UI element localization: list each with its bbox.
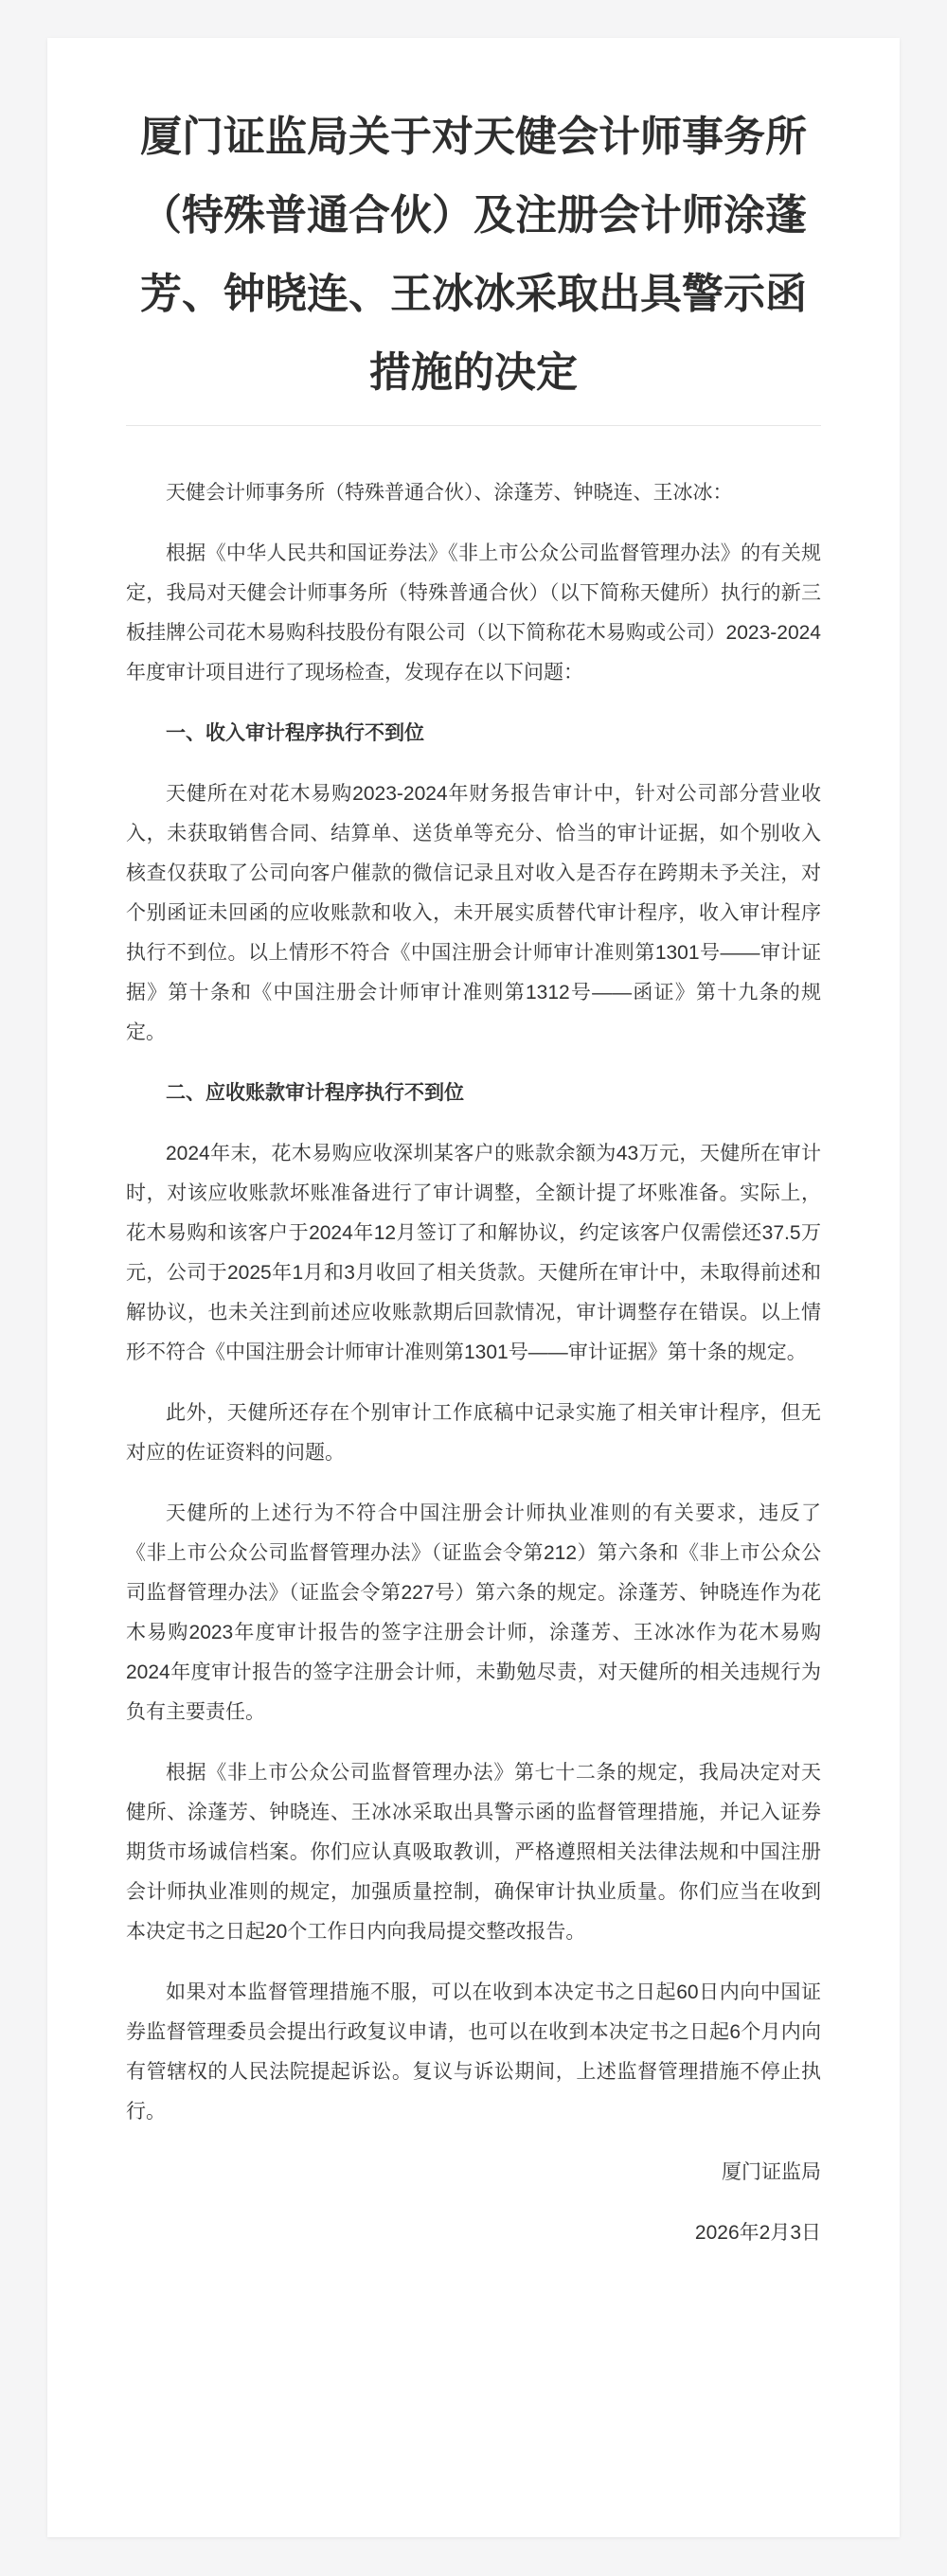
signature-block: 厦门证监局 2026年2月3日 <box>126 2153 821 2253</box>
section-1-heading: 一、收入审计程序执行不到位 <box>126 714 821 754</box>
salutation-paragraph: 天健会计师事务所（特殊普通合伙）、涂蓬芳、钟晓连、王冰冰： <box>126 473 821 513</box>
title-divider <box>126 425 821 426</box>
section-2-heading: 二、应收账款审计程序执行不到位 <box>126 1074 821 1113</box>
intro-paragraph: 根据《中华人民共和国证券法》《非上市公众公司监督管理办法》的有关规定，我局对天健… <box>126 534 821 693</box>
appeal-paragraph: 如果对本监督管理措施不服，可以在收到本决定书之日起60日内向中国证券监督管理委员… <box>126 1973 821 2132</box>
section-2-paragraph: 2024年末，花木易购应收深圳某客户的账款余额为43万元，天健所在审计时，对该应… <box>126 1134 821 1373</box>
document-card: 厦门证监局关于对天健会计师事务所（特殊普通合伙）及注册会计师涂蓬芳、钟晓连、王冰… <box>47 38 900 2537</box>
section-1-paragraph: 天健所在对花木易购2023-2024年财务报告审计中，针对公司部分营业收入，未获… <box>126 774 821 1053</box>
section-2-supplement-paragraph: 此外，天健所还存在个别审计工作底稿中记录实施了相关审计程序，但无对应的佐证资料的… <box>126 1394 821 1473</box>
document-body: 天健会计师事务所（特殊普通合伙）、涂蓬芳、钟晓连、王冰冰： 根据《中华人民共和国… <box>126 473 821 2253</box>
document-title: 厦门证监局关于对天健会计师事务所（特殊普通合伙）及注册会计师涂蓬芳、钟晓连、王冰… <box>126 98 821 412</box>
decision-paragraph: 根据《非上市公众公司监督管理办法》第七十二条的规定，我局决定对天健所、涂蓬芳、钟… <box>126 1753 821 1952</box>
violation-paragraph: 天健所的上述行为不符合中国注册会计师执业准则的有关要求，违反了《非上市公众公司监… <box>126 1494 821 1732</box>
issuer-signature: 厦门证监局 <box>126 2153 821 2193</box>
issue-date: 2026年2月3日 <box>126 2213 821 2253</box>
